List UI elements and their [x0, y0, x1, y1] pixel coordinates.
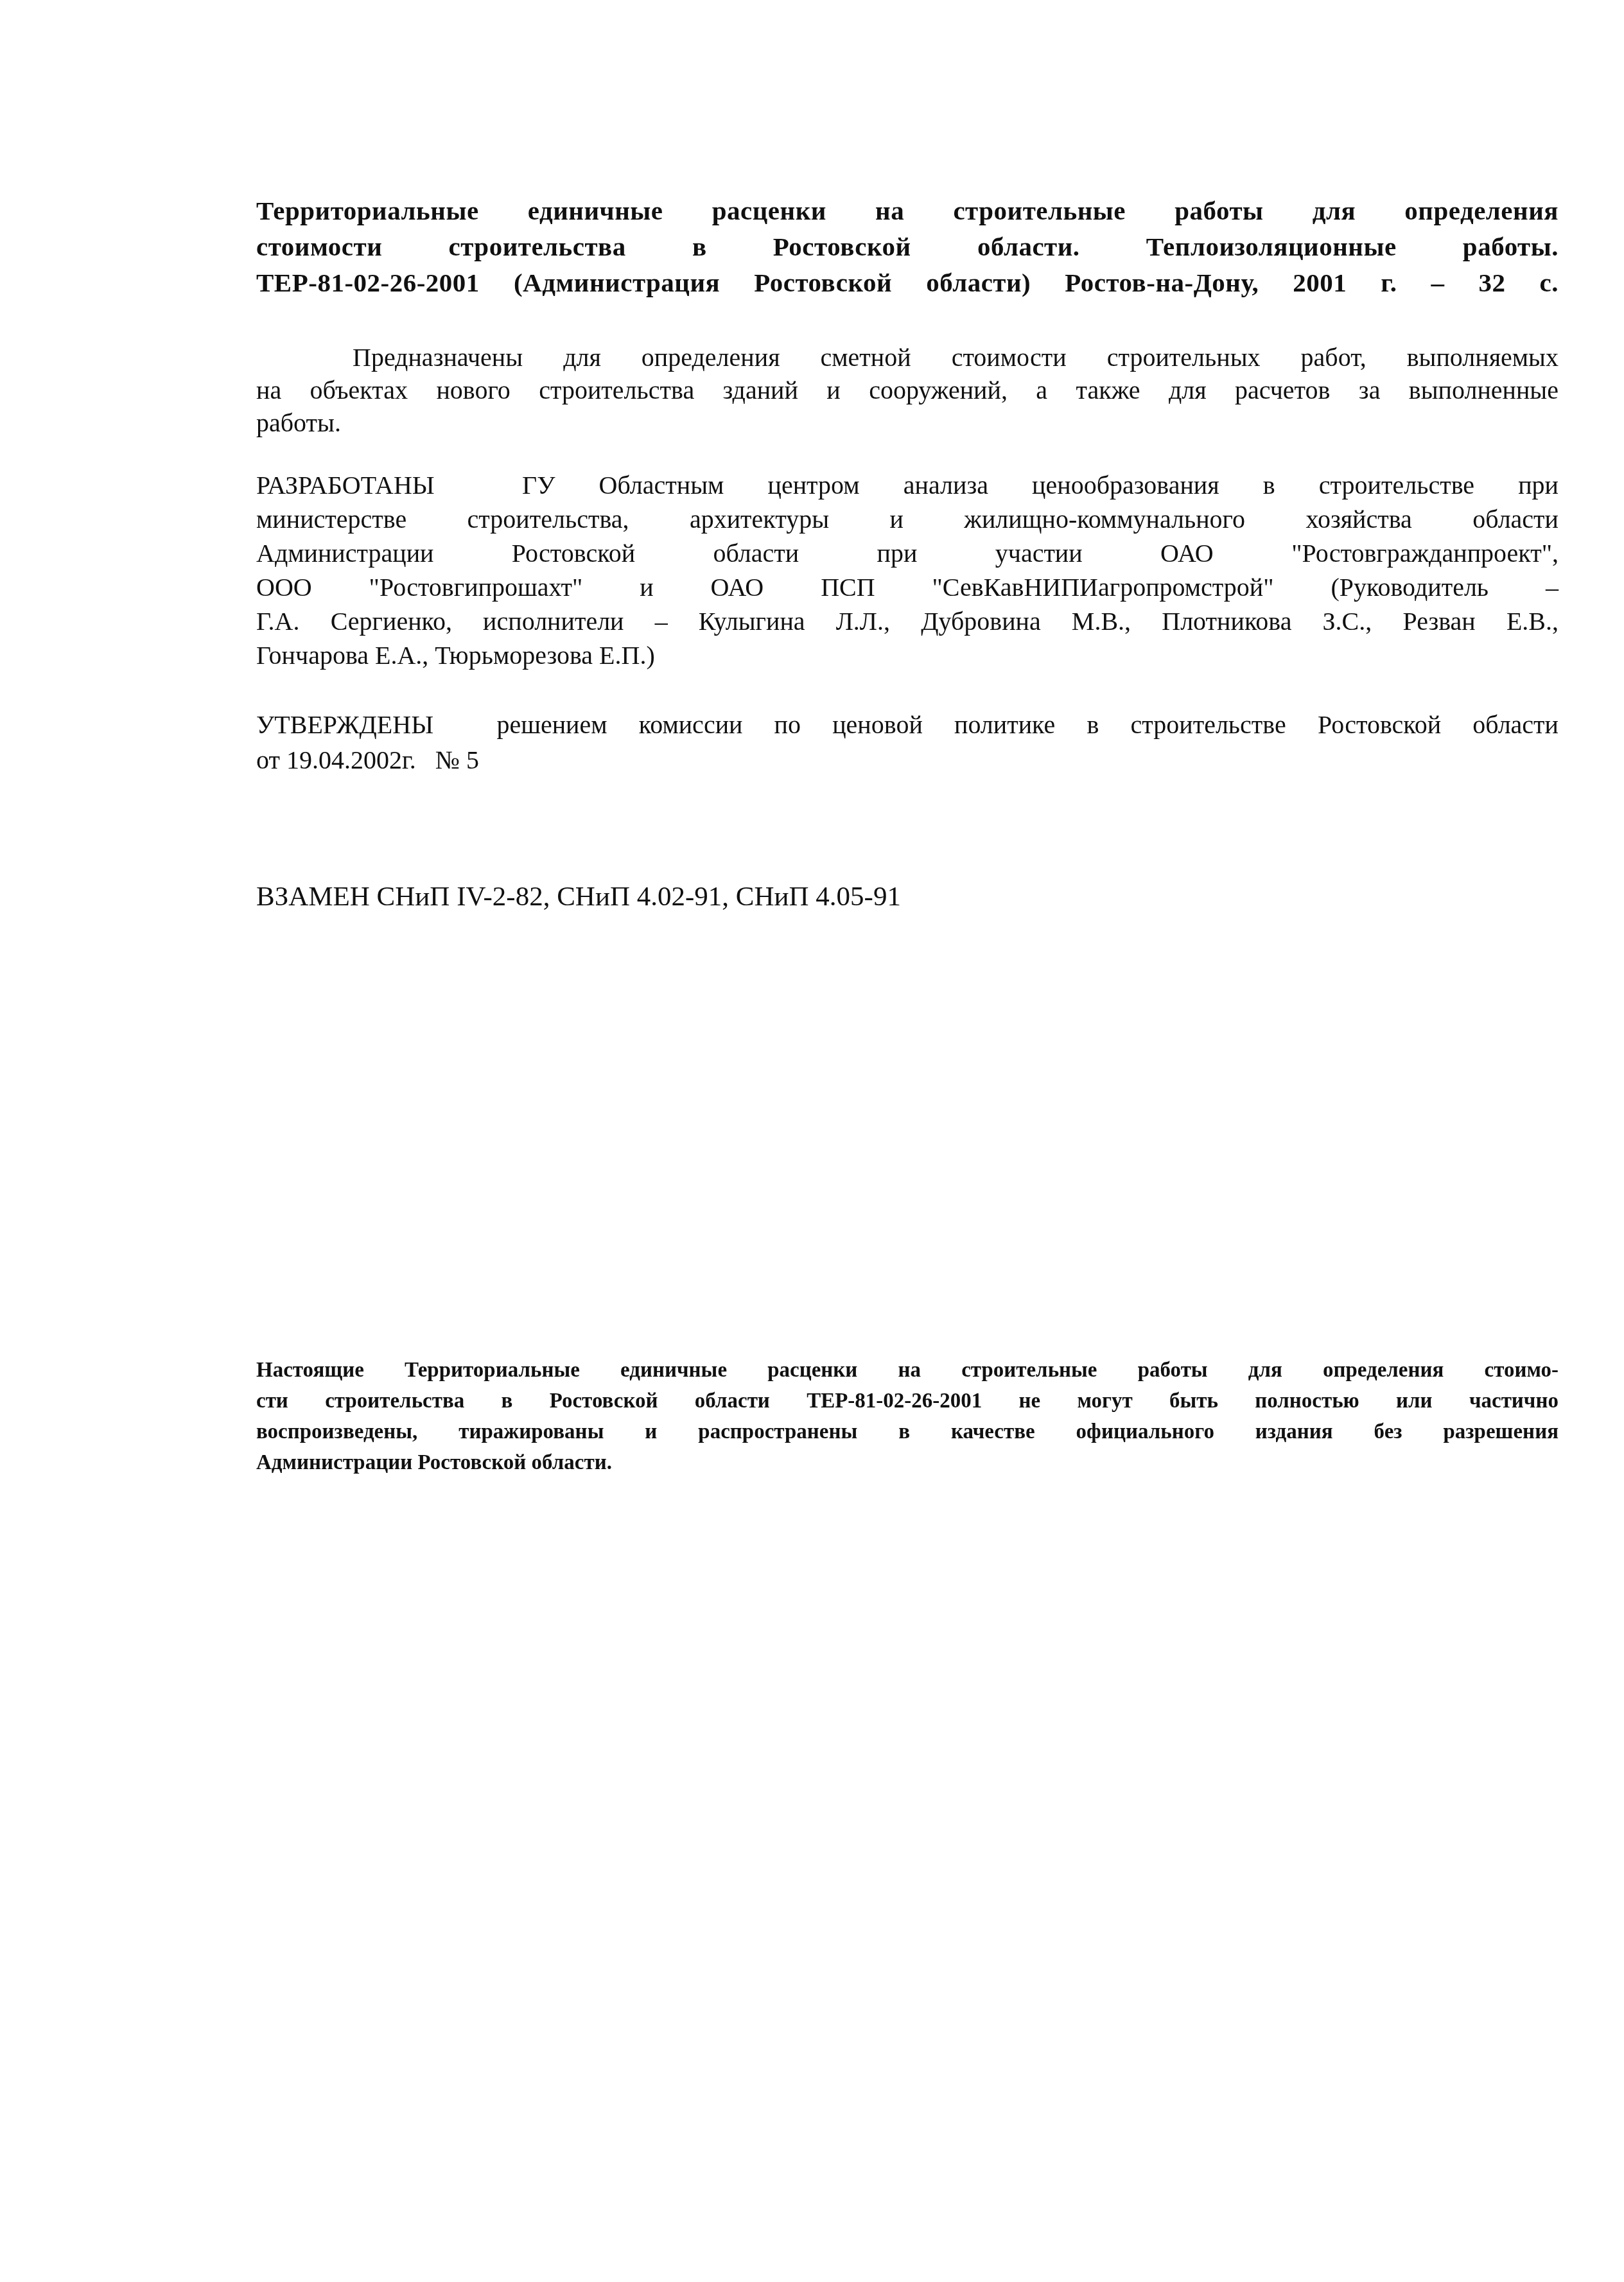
purpose-line: на объектах нового строительства зданий … [256, 374, 1559, 406]
document-title: Территориальные единичные расценки на ст… [256, 193, 1559, 300]
developed-line: ООО "Ростовгипрошахт" и ОАО ПСП "СевКавН… [256, 570, 1559, 604]
purpose-paragraph: Предназначены для определения сметной ст… [256, 341, 1559, 439]
copyright-line: Администрации Ростовской области. [256, 1447, 1559, 1478]
title-line: Территориальные единичные расценки на ст… [256, 193, 1559, 229]
approved-line: от 19.04.2002г. № 5 [256, 742, 1559, 778]
developed-line: министерстве строительства, архитектуры … [256, 502, 1559, 536]
developed-line: Администрации Ростовской области при уча… [256, 536, 1559, 570]
copyright-line: Настоящие Территориальные единичные расц… [256, 1355, 1559, 1386]
copyright-line: воспроизведены, тиражированы и распростр… [256, 1416, 1559, 1447]
title-line: ТЕР-81-02-26-2001 (Администрация Ростовс… [256, 265, 1559, 300]
document-page: Территориальные единичные расценки на ст… [0, 0, 1624, 2282]
replaces-line: ВЗАМЕН СНиП IV-2-82, СНиП 4.02-91, СНиП … [256, 880, 1559, 914]
developed-line: Г.А. Сергиенко, исполнители – Кулыгина Л… [256, 604, 1559, 638]
purpose-line: работы. [256, 406, 1559, 439]
developed-line: РАЗРАБОТАНЫ ГУ Областным центром анализа… [256, 468, 1559, 502]
approved-paragraph: УТВЕРЖДЕНЫ решением комиссии по ценовой … [256, 707, 1559, 778]
copyright-paragraph: Настоящие Территориальные единичные расц… [256, 1355, 1559, 1478]
copyright-line: сти строительства в Ростовской области Т… [256, 1386, 1559, 1416]
title-line: стоимости строительства в Ростовской обл… [256, 229, 1559, 265]
purpose-line: Предназначены для определения сметной ст… [256, 341, 1559, 374]
approved-line: УТВЕРЖДЕНЫ решением комиссии по ценовой … [256, 707, 1559, 742]
developed-line: Гончарова Е.А., Тюрьморезова Е.П.) [256, 638, 1559, 672]
developed-paragraph: РАЗРАБОТАНЫ ГУ Областным центром анализа… [256, 468, 1559, 672]
